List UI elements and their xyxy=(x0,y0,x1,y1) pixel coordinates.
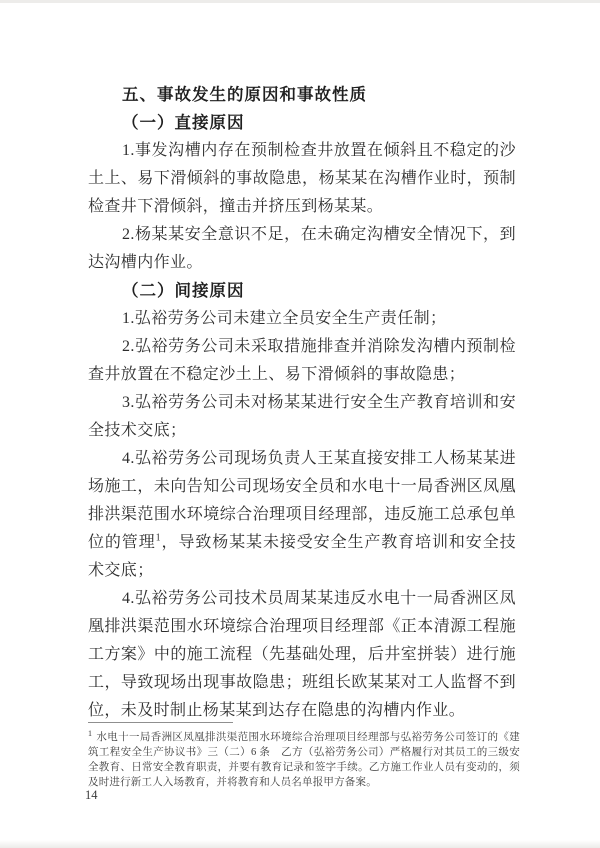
subsection-title-indirect-causes: （二）间接原因 xyxy=(88,277,516,305)
footnote-separator xyxy=(88,722,233,723)
paragraph-direct-2: 2.杨某某安全意识不足，在未确定沟槽安全情况下，到达沟槽内作业。 xyxy=(88,221,516,277)
document-page: 五、事故发生的原因和事故性质 （一）直接原因 1.事发沟槽内存在预制检查井放置在… xyxy=(88,81,516,725)
subsection-title-direct-causes: （一）直接原因 xyxy=(88,109,516,137)
footnote-body: 水电十一局香洲区凤凰排洪渠范围水环境综合治理项目经理部与弘裕劳务公司签订的《建筑… xyxy=(88,732,520,788)
paragraph-indirect-3: 3.弘裕劳务公司未对杨某某进行安全生产教育培训和安全技术交底； xyxy=(88,389,516,445)
footnote-marker: 1 xyxy=(88,729,92,738)
paragraph-indirect-1: 1.弘裕劳务公司未建立全员安全生产责任制； xyxy=(88,305,516,333)
scan-edge-bottom xyxy=(0,840,600,848)
footnote-area: 1水电十一局香洲区凤凰排洪渠范围水环境综合治理项目经理部与弘裕劳务公司签订的《建… xyxy=(88,722,520,790)
paragraph-direct-1: 1.事发沟槽内存在预制检查井放置在倾斜且不稳定的沙土上、易下滑倾斜的事故隐患，杨… xyxy=(88,137,516,221)
section-heading: 五、事故发生的原因和事故性质 xyxy=(88,81,516,109)
paragraph-indirect-5: 4.弘裕劳务公司技术员周某某违反水电十一局香洲区凤凰排洪渠范围水环境综合治理项目… xyxy=(88,585,516,725)
paragraph-indirect-2: 2.弘裕劳务公司未采取措施排查并消除发沟槽内预制检查井放置在不稳定沙土上、易下滑… xyxy=(88,333,516,389)
page-number: 14 xyxy=(85,788,98,803)
paragraph-indirect-4: 4.弘裕劳务公司现场负责人王某直接安排工人杨某某进场施工，未向告知公司现场安全员… xyxy=(88,445,516,585)
scan-edge-top xyxy=(0,0,600,3)
footnote-text: 1水电十一局香洲区凤凰排洪渠范围水环境综合治理项目经理部与弘裕劳务公司签订的《建… xyxy=(88,730,520,790)
